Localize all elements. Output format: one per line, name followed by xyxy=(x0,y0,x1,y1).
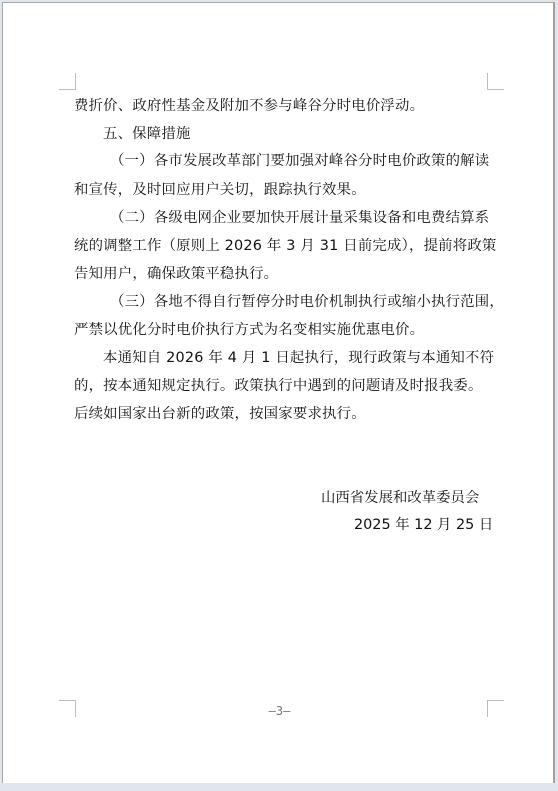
body-line: （三）各地不得自行暂停分时电价机制执行或缩小执行范围， xyxy=(74,293,490,311)
body-line: 本通知自 2026 年 4 月 1 日起执行，现行政策与本通知不符 xyxy=(74,349,490,367)
document-page: 费折价、政府性基金及附加不参与峰谷分时电价浮动。 五、保障措施 （一）各市发展改… xyxy=(2,2,555,783)
page-number: —3— xyxy=(3,704,556,718)
body-line: 后续如国家出台新的政策，按国家要求执行。 xyxy=(74,405,490,423)
body-line: 费折价、政府性基金及附加不参与峰谷分时电价浮动。 xyxy=(74,97,490,115)
body-line: 和宣传，及时回应用户关切，跟踪执行效果。 xyxy=(74,181,490,199)
body-line: 告知用户，确保政策平稳执行。 xyxy=(74,265,490,283)
body-line: 严禁以优化分时电价执行方式为名变相实施优惠电价。 xyxy=(74,321,490,339)
signature-date: 2025 年 12 月 25 日 xyxy=(354,516,493,534)
body-line: 统的调整工作（原则上 2026 年 3 月 31 日前完成），提前将政策 xyxy=(74,237,490,255)
body-line: 的，按本通知规定执行。政策执行中遇到的问题请及时报我委。 xyxy=(74,377,490,395)
body-line: （二）各级电网企业要加快开展计量采集设备和电费结算系 xyxy=(74,209,490,227)
signature-organization: 山西省发展和改革委员会 xyxy=(321,489,479,507)
section-heading: 五、保障措施 xyxy=(74,125,490,143)
crop-mark-top-right xyxy=(487,73,504,90)
body-line: （一）各市发展改革部门要加强对峰谷分时电价政策的解读 xyxy=(74,152,490,170)
crop-mark-top-left xyxy=(59,73,76,90)
